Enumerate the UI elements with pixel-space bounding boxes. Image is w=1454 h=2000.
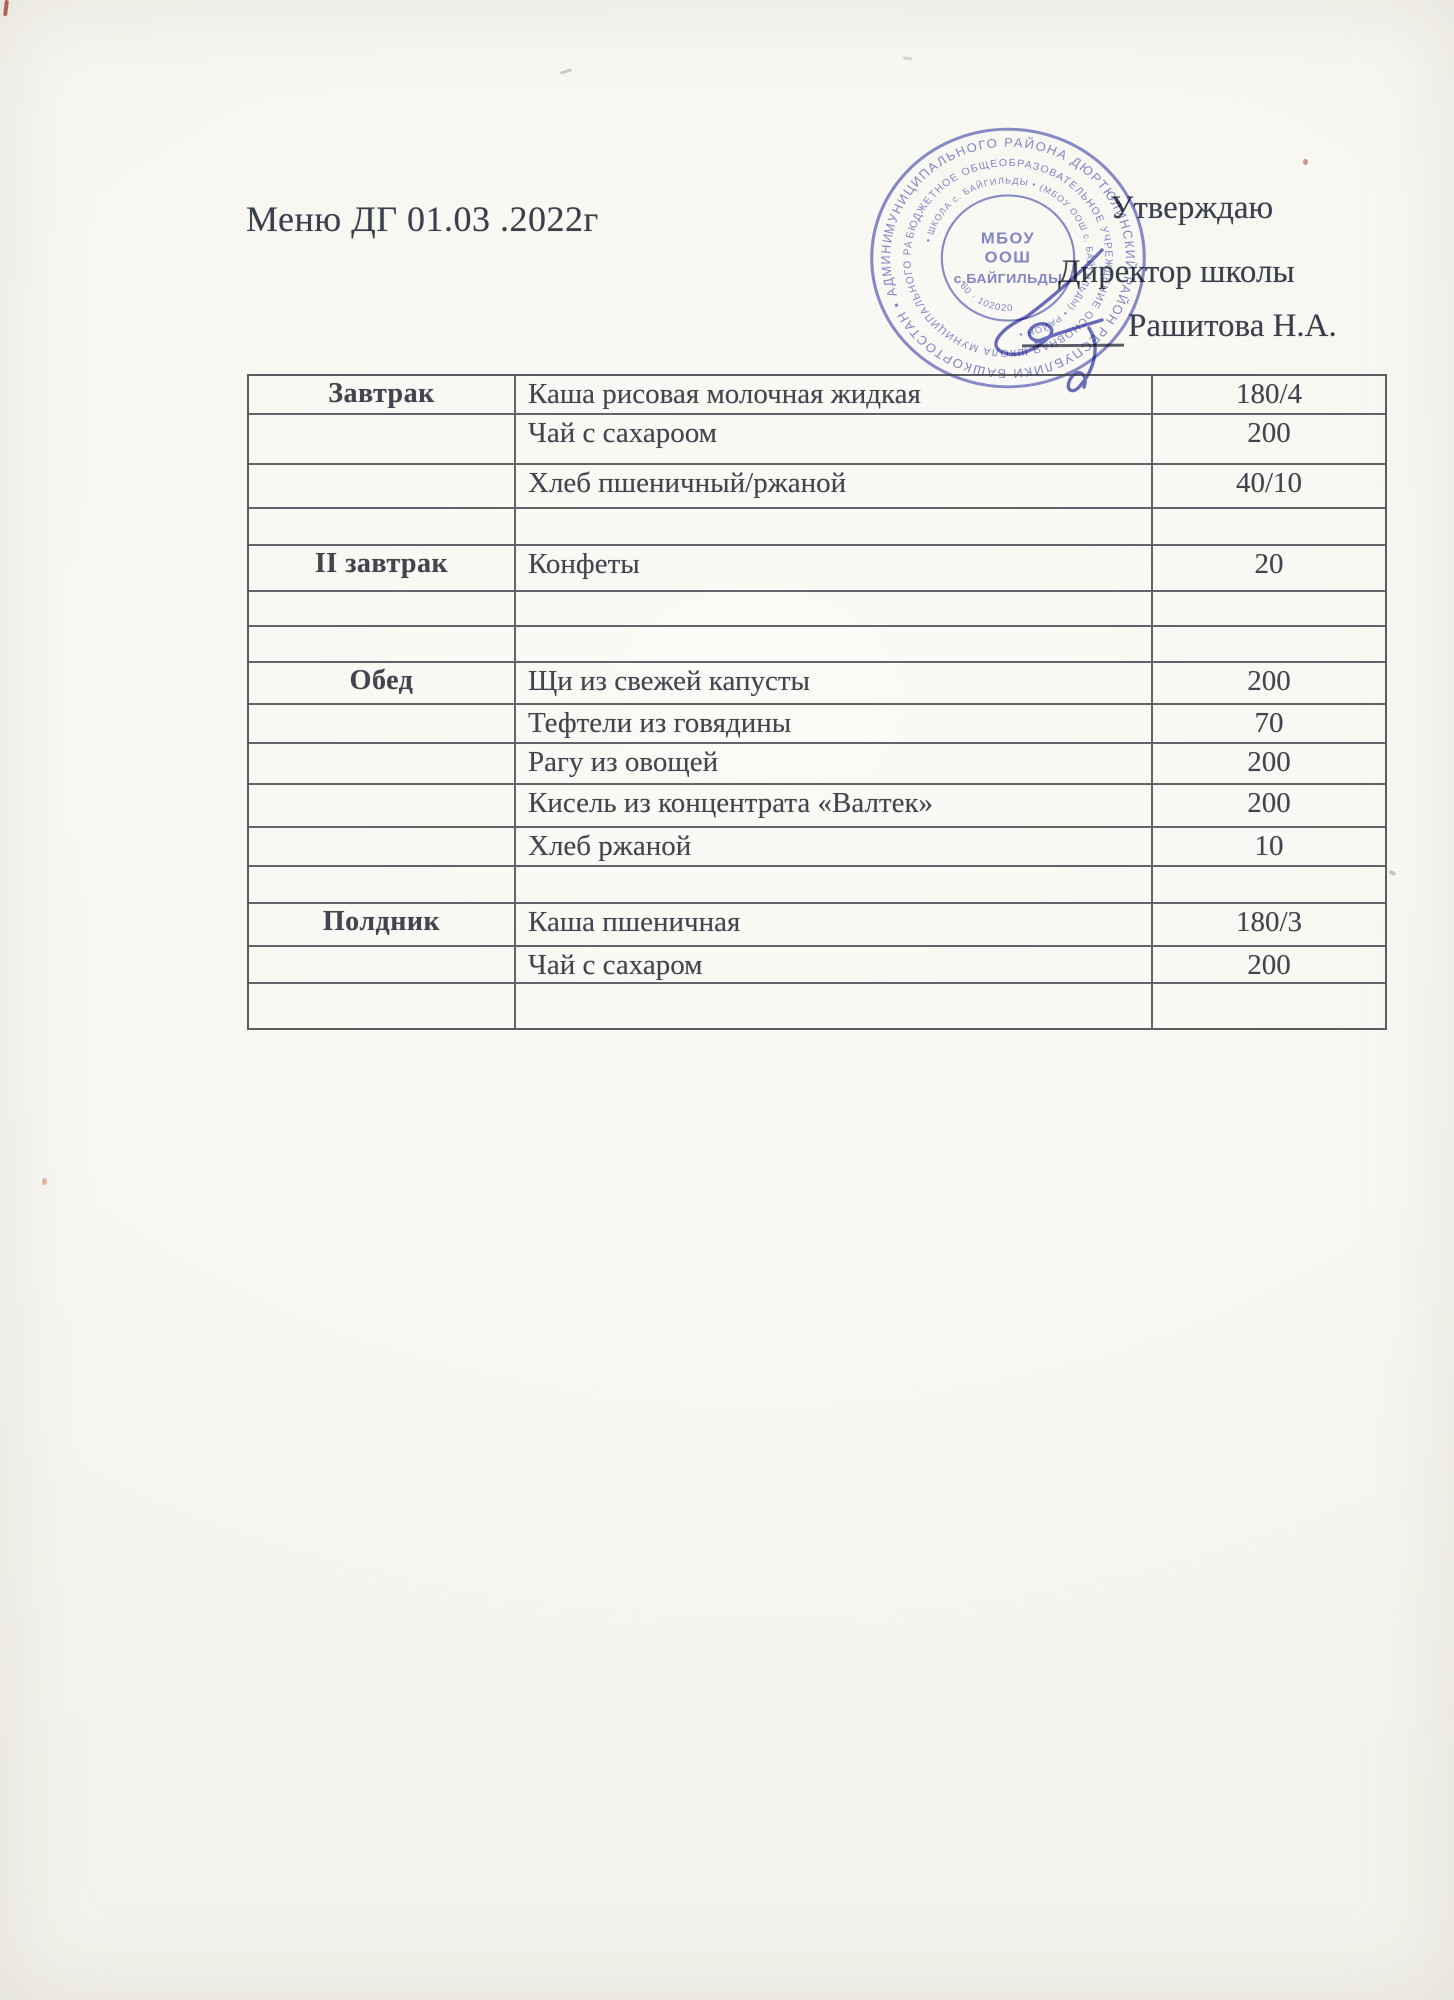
meal-cell [249, 465, 514, 507]
meal-cell [249, 705, 514, 742]
scan-artifact [42, 1178, 47, 1185]
table-row: Чай с сахаром 200 [249, 947, 1385, 984]
scan-artifact [560, 68, 572, 75]
table-row: Хлеб ржаной 10 [249, 828, 1385, 867]
dish-cell: Тефтели из говядины [514, 705, 1151, 742]
meal-cell [249, 627, 514, 661]
meal-cell: II завтрак [249, 546, 514, 590]
meal-cell: Полдник [249, 904, 514, 945]
meal-cell [249, 828, 514, 865]
table-row: Тефтели из говядины 70 [249, 705, 1385, 744]
dish-cell: Чай с сахароом [514, 415, 1151, 463]
meal-cell: Обед [249, 663, 514, 703]
qty-cell [1151, 867, 1385, 902]
qty-cell: 20 [1151, 546, 1385, 590]
table-row [249, 867, 1385, 904]
meal-cell: Завтрак [249, 376, 514, 413]
qty-cell: 200 [1151, 947, 1385, 982]
dish-cell: Рагу из овощей [514, 744, 1151, 783]
meal-cell [249, 947, 514, 982]
dish-cell: Хлеб пшеничный/ржаной [514, 465, 1151, 507]
qty-cell: 40/10 [1151, 465, 1385, 507]
meal-cell [249, 785, 514, 826]
dish-cell: Кисель из концентрата «Валтек» [514, 785, 1151, 826]
scan-artifact [903, 56, 912, 61]
qty-cell: 180/3 [1151, 904, 1385, 945]
table-row [249, 627, 1385, 663]
table-row [249, 592, 1385, 627]
table-row: Полдник Каша пшеничная 180/3 [249, 904, 1385, 947]
qty-cell: 200 [1151, 415, 1385, 463]
meal-cell [249, 415, 514, 463]
table-row [249, 984, 1385, 1028]
table-row: Рагу из овощей 200 [249, 744, 1385, 785]
table-row: Хлеб пшеничный/ржаной 40/10 [249, 465, 1385, 509]
dish-cell: Каша рисовая молочная жидкая [514, 376, 1151, 413]
dish-cell: Чай с сахаром [514, 947, 1151, 982]
scanned-menu-page: Меню ДГ 01.03 .2022г Утверждаю Директор … [0, 0, 1454, 2000]
qty-cell: 200 [1151, 663, 1385, 703]
dish-cell [514, 867, 1151, 902]
meal-cell [249, 509, 514, 544]
dish-cell [514, 984, 1151, 1028]
table-row: Обед Щи из свежей капусты 200 [249, 663, 1385, 705]
qty-cell [1151, 592, 1385, 625]
dish-cell: Конфеты [514, 546, 1151, 590]
page-title: Меню ДГ 01.03 .2022г [246, 198, 599, 240]
meal-cell [249, 984, 514, 1028]
table-row: Кисель из концентрата «Валтек» 200 [249, 785, 1385, 828]
scan-artifact [1388, 870, 1396, 877]
scan-artifact [3, 0, 9, 16]
meal-cell [249, 867, 514, 902]
table-row: Чай с сахароом 200 [249, 415, 1385, 465]
qty-cell: 200 [1151, 744, 1385, 783]
dish-cell [514, 509, 1151, 544]
table-row [249, 509, 1385, 546]
qty-cell [1151, 984, 1385, 1028]
qty-cell: 200 [1151, 785, 1385, 826]
dish-cell [514, 592, 1151, 625]
qty-cell: 180/4 [1151, 376, 1385, 413]
meal-cell [249, 744, 514, 783]
dish-cell [514, 627, 1151, 661]
dish-cell: Каша пшеничная [514, 904, 1151, 945]
table-row: Завтрак Каша рисовая молочная жидкая 180… [249, 376, 1385, 415]
table-row: II завтрак Конфеты 20 [249, 546, 1385, 592]
scan-artifact [1303, 159, 1308, 165]
qty-cell: 70 [1151, 705, 1385, 742]
dish-cell: Щи из свежей капусты [514, 663, 1151, 703]
qty-cell [1151, 627, 1385, 661]
qty-cell [1151, 509, 1385, 544]
meal-cell [249, 592, 514, 625]
dish-cell: Хлеб ржаной [514, 828, 1151, 865]
qty-cell: 10 [1151, 828, 1385, 865]
menu-table: Завтрак Каша рисовая молочная жидкая 180… [247, 374, 1387, 1030]
